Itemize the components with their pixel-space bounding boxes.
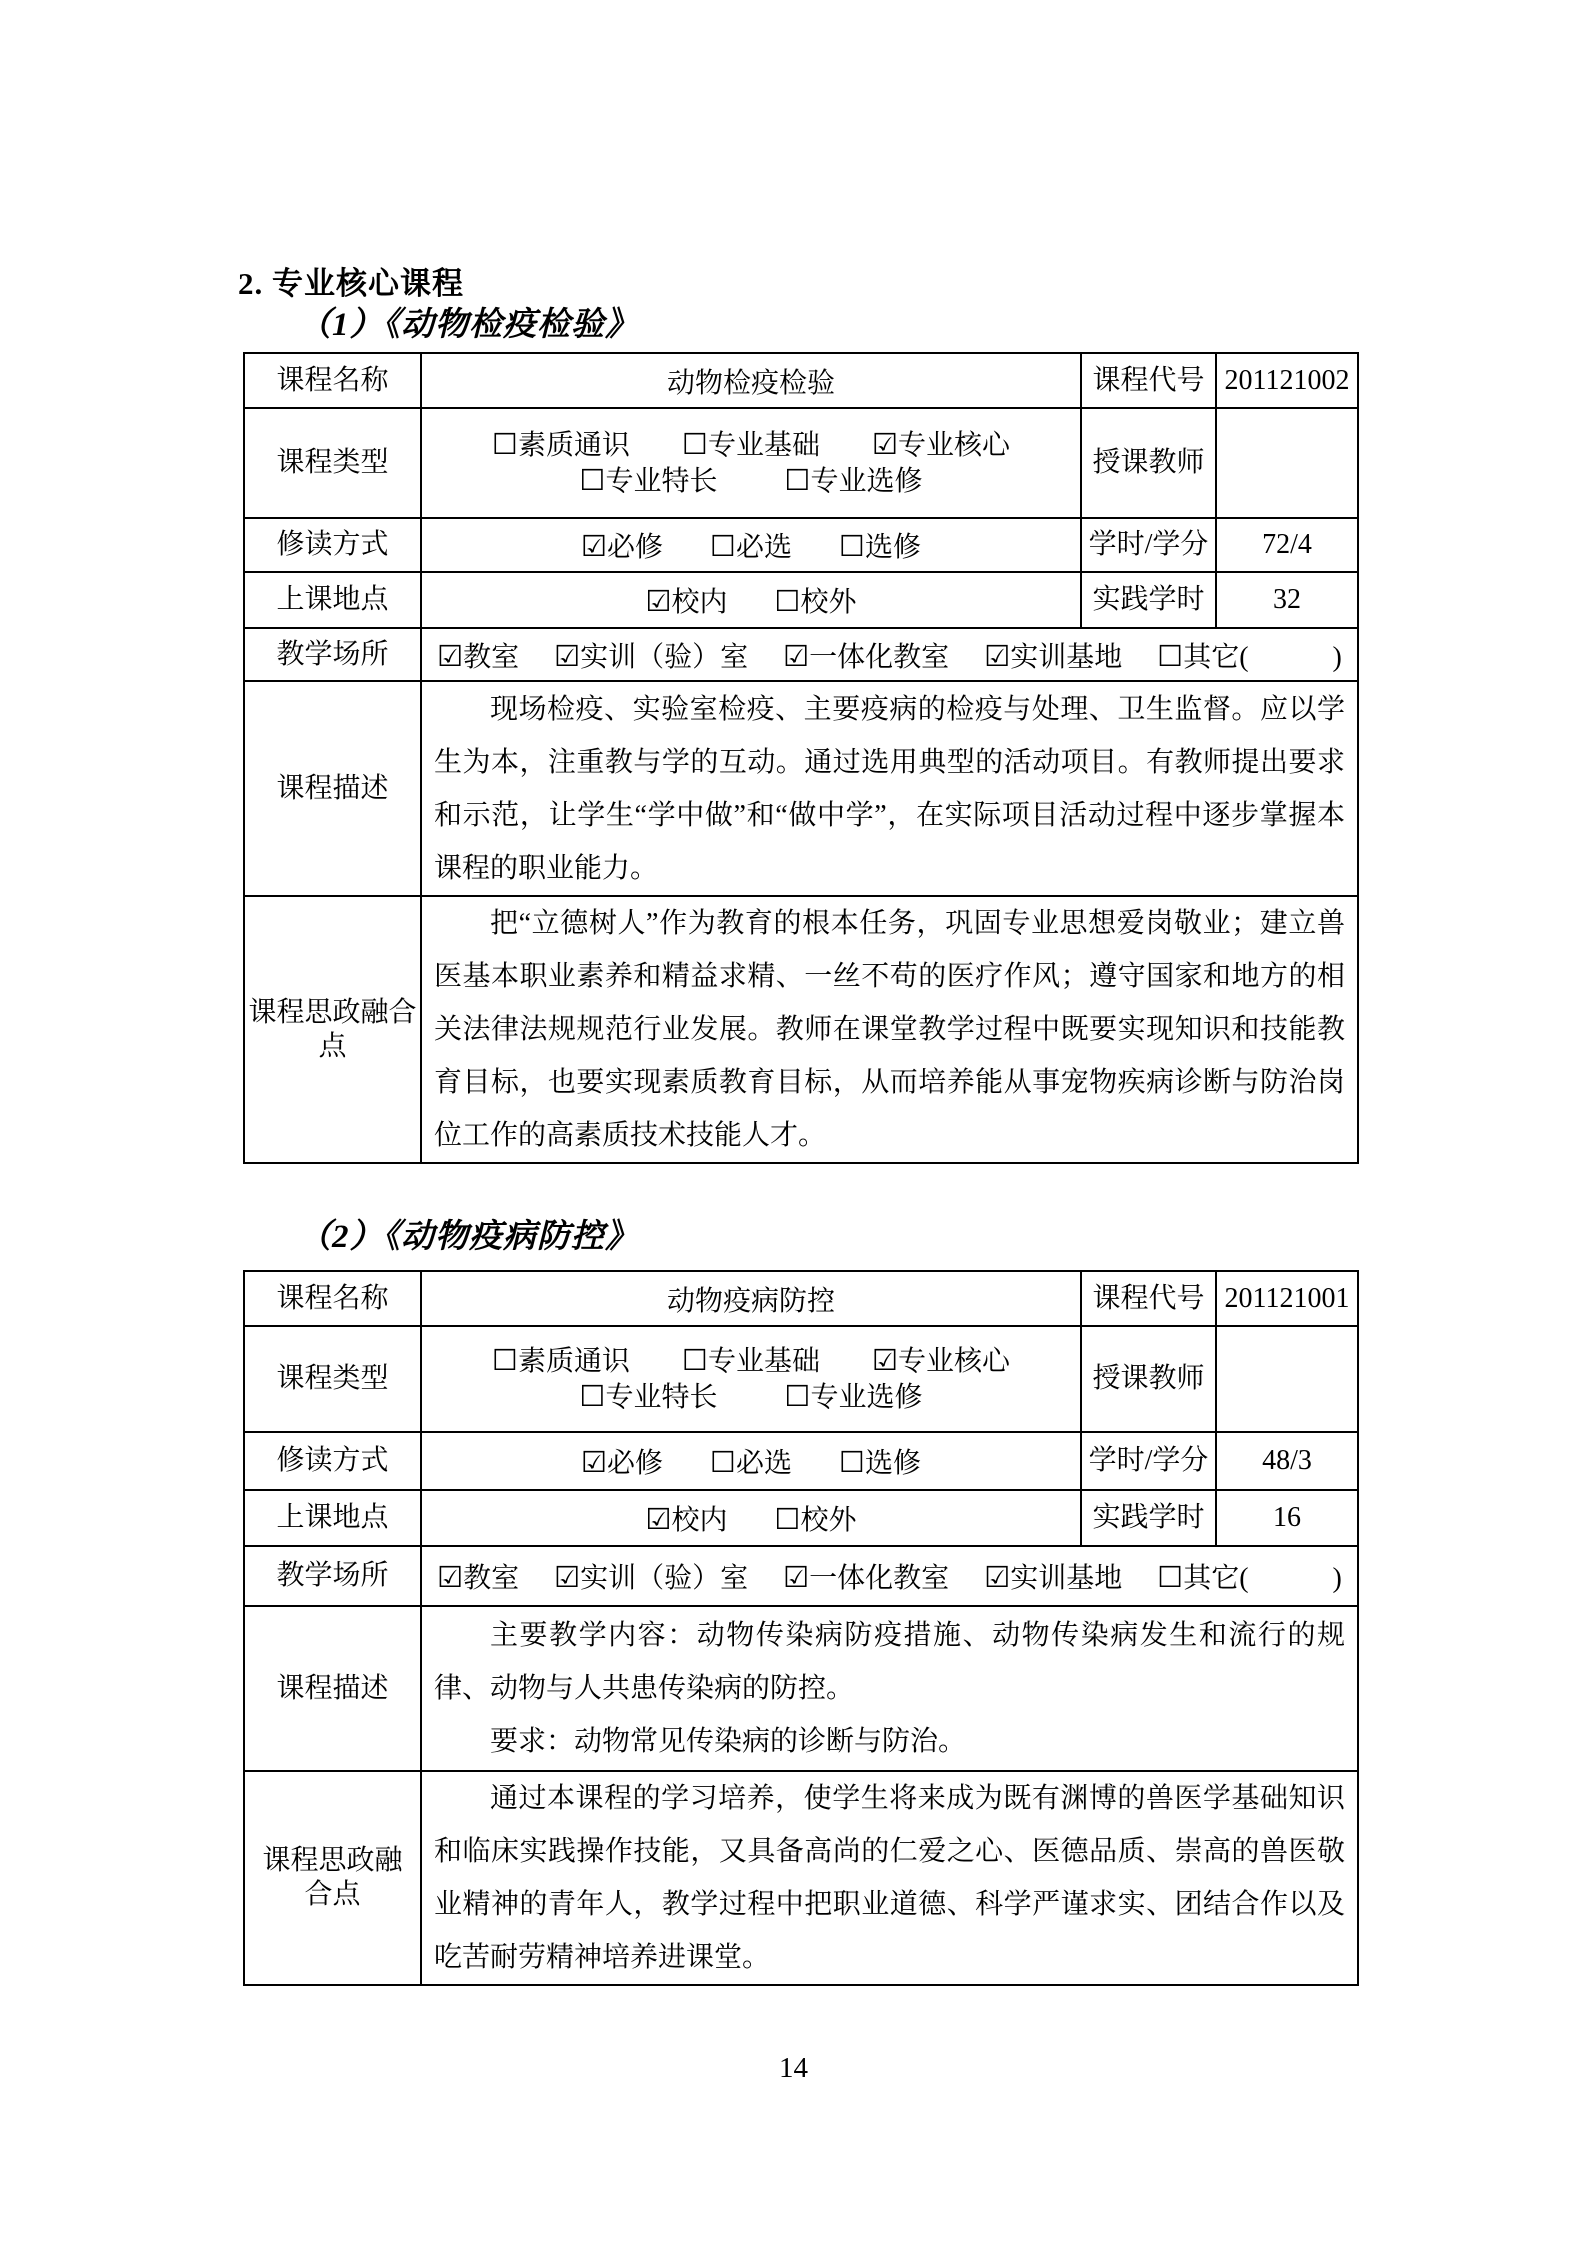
table-row: 课程描述 主要教学内容：动物传染病防疫措施、动物传染病发生和流行的规律、动物与人… <box>244 1606 1358 1771</box>
checkbox-unchecked-icon: ☐ <box>579 1379 605 1413</box>
course-type-line-1: ☐素质通识 ☐专业基础 ☑专业核心 <box>422 1343 1080 1379</box>
table-row: 教学场所 ☑教室 ☑实训（验）室 ☑一体化教室 ☑实训基地 ☐其它( ) <box>244 1546 1358 1606</box>
checkbox-option: ☐专业基础 <box>682 427 820 463</box>
checkbox-checked-icon: ☑ <box>437 1560 463 1594</box>
ideology-label: 课程思政融合 点 <box>244 896 421 1163</box>
checkbox-option: ☑实训基地 <box>984 1556 1122 1596</box>
checkbox-unchecked-icon: ☐ <box>785 1379 811 1413</box>
course-type-line-2: ☐专业特长 ☐专业选修 <box>422 463 1080 499</box>
table-row: 上课地点 ☑校内 ☐校外 实践学时 16 <box>244 1490 1358 1546</box>
checkbox-unchecked-icon: ☐ <box>775 1502 801 1536</box>
course-description-text: 主要教学内容：动物传染病防疫措施、动物传染病发生和流行的规律、动物与人共患传染病… <box>421 1606 1358 1771</box>
course-name-label: 课程名称 <box>244 353 421 408</box>
checkbox-option: ☐选修 <box>839 525 921 565</box>
course-name-label: 课程名称 <box>244 1271 421 1326</box>
table-row: 课程思政融合 点 把“立德树人”作为教育的根本任务，巩固专业思想爱岗敬业；建立兽… <box>244 896 1358 1163</box>
course-code-value: 201121001 <box>1216 1271 1358 1326</box>
checkbox-option: ☑实训（验）室 <box>554 1556 748 1596</box>
checkbox-option: ☑必修 <box>581 1441 663 1481</box>
checkbox-option: ☐其它( ) <box>1157 1556 1342 1596</box>
ideology-label-line1: 课程思政融 <box>245 1844 420 1878</box>
ideology-label-line2: 合点 <box>245 1878 420 1912</box>
checkbox-unchecked-icon: ☐ <box>1157 1560 1183 1594</box>
checkbox-option: ☑教室 <box>437 635 519 675</box>
class-location-options: ☑校内 ☐校外 <box>421 572 1081 628</box>
checkbox-unchecked-icon: ☐ <box>710 1445 736 1479</box>
table-row: 课程思政融 合点 通过本课程的学习培养，使学生将来成为既有渊博的兽医学基础知识和… <box>244 1771 1358 1985</box>
course-type-label: 课程类型 <box>244 1326 421 1432</box>
study-mode-label: 修读方式 <box>244 1432 421 1490</box>
course-description-label: 课程描述 <box>244 1606 421 1771</box>
checkbox-unchecked-icon: ☐ <box>839 529 865 563</box>
checkbox-checked-icon: ☑ <box>554 639 580 673</box>
class-location-label: 上课地点 <box>244 1490 421 1546</box>
checkbox-option: ☐校外 <box>775 580 857 620</box>
hours-credits-value: 72/4 <box>1216 518 1358 572</box>
checkbox-option: ☐专业选修 <box>785 1379 923 1415</box>
course-type-options: ☐素质通识 ☐专业基础 ☑专业核心 ☐专业特长 ☐专业选修 <box>421 1326 1081 1432</box>
checkbox-option: ☐其它( ) <box>1157 635 1342 675</box>
ideology-paragraph: 通过本课程的学习培养，使学生将来成为既有渊博的兽医学基础知识和临床实践操作技能，… <box>434 1772 1345 1984</box>
checkbox-checked-icon: ☑ <box>581 1445 607 1479</box>
hours-credits-value: 48/3 <box>1216 1432 1358 1490</box>
checkbox-unchecked-icon: ☐ <box>492 427 518 461</box>
checkbox-option: ☐专业特长 <box>579 1379 717 1415</box>
checkbox-unchecked-icon: ☐ <box>682 1343 708 1377</box>
course-type-line-2: ☐专业特长 ☐专业选修 <box>422 1379 1080 1415</box>
table-row: 课程名称 动物检疫检验 课程代号 201121002 <box>244 353 1358 408</box>
teacher-label: 授课教师 <box>1081 408 1216 518</box>
checkbox-option: ☐校外 <box>775 1498 857 1538</box>
teaching-place-label: 教学场所 <box>244 628 421 681</box>
checkbox-option: ☑教室 <box>437 1556 519 1596</box>
checkbox-option: ☐专业特长 <box>579 463 717 499</box>
ideology-text: 把“立德树人”作为教育的根本任务，巩固专业思想爱岗敬业；建立兽医基本职业素养和精… <box>421 896 1358 1163</box>
course-title-1: （1）《动物检疫检验》 <box>298 298 639 345</box>
study-mode-options: ☑必修 ☐必选 ☐选修 <box>421 1432 1081 1490</box>
checkbox-checked-icon: ☑ <box>554 1560 580 1594</box>
practice-hours-label: 实践学时 <box>1081 572 1216 628</box>
checkbox-checked-icon: ☑ <box>872 427 898 461</box>
table-row: 课程描述 现场检疫、实验室检疫、主要疫病的检疫与处理、卫生监督。应以学生为本，注… <box>244 681 1358 896</box>
checkbox-option: ☑必修 <box>581 525 663 565</box>
checkbox-checked-icon: ☑ <box>645 584 671 618</box>
course-code-label: 课程代号 <box>1081 353 1216 408</box>
checkbox-option: ☐选修 <box>839 1441 921 1481</box>
checkbox-unchecked-icon: ☐ <box>785 463 811 497</box>
checkbox-option: ☐专业选修 <box>785 463 923 499</box>
checkbox-option: ☑校内 <box>645 580 727 620</box>
checkbox-checked-icon: ☑ <box>984 639 1010 673</box>
table-row: 课程类型 ☐素质通识 ☐专业基础 ☑专业核心 ☐专业特长 ☐专业选修 授课教师 <box>244 408 1358 518</box>
hours-credits-label: 学时/学分 <box>1081 1432 1216 1490</box>
study-mode-options: ☑必修 ☐必选 ☐选修 <box>421 518 1081 572</box>
course-type-label: 课程类型 <box>244 408 421 518</box>
study-mode-label: 修读方式 <box>244 518 421 572</box>
teaching-place-options: ☑教室 ☑实训（验）室 ☑一体化教室 ☑实训基地 ☐其它( ) <box>421 1546 1358 1606</box>
table-row: 修读方式 ☑必修 ☐必选 ☐选修 学时/学分 48/3 <box>244 1432 1358 1490</box>
course-table-2: 课程名称 动物疫病防控 课程代号 201121001 课程类型 ☐素质通识 ☐专… <box>243 1270 1359 1986</box>
course-title-2: （2）《动物疫病防控》 <box>298 1210 639 1257</box>
table-row: 修读方式 ☑必修 ☐必选 ☐选修 学时/学分 72/4 <box>244 518 1358 572</box>
checkbox-option: ☐素质通识 <box>492 1343 630 1379</box>
checkbox-option: ☑一体化教室 <box>783 635 949 675</box>
checkbox-unchecked-icon: ☐ <box>839 1445 865 1479</box>
course-type-options: ☐素质通识 ☐专业基础 ☑专业核心 ☐专业特长 ☐专业选修 <box>421 408 1081 518</box>
description-paragraph: 主要教学内容：动物传染病防疫措施、动物传染病发生和流行的规律、动物与人共患传染病… <box>434 1609 1345 1715</box>
course-description-text: 现场检疫、实验室检疫、主要疫病的检疫与处理、卫生监督。应以学生为本，注重教与学的… <box>421 681 1358 896</box>
checkbox-option: ☑校内 <box>645 1498 727 1538</box>
checkbox-unchecked-icon: ☐ <box>579 463 605 497</box>
checkbox-unchecked-icon: ☐ <box>1157 639 1183 673</box>
checkbox-option: ☑一体化教室 <box>783 1556 949 1596</box>
checkbox-checked-icon: ☑ <box>783 639 809 673</box>
checkbox-checked-icon: ☑ <box>437 639 463 673</box>
table-row: 教学场所 ☑教室 ☑实训（验）室 ☑一体化教室 ☑实训基地 ☐其它( ) <box>244 628 1358 681</box>
table-row: 上课地点 ☑校内 ☐校外 实践学时 32 <box>244 572 1358 628</box>
checkbox-checked-icon: ☑ <box>984 1560 1010 1594</box>
course-code-value: 201121002 <box>1216 353 1358 408</box>
ideology-label-line1: 课程思政融合 <box>245 996 420 1030</box>
checkbox-option: ☐必选 <box>710 1441 792 1481</box>
course-name-value: 动物疫病防控 <box>421 1271 1081 1326</box>
ideology-label-line2: 点 <box>245 1030 420 1064</box>
course-description-label: 课程描述 <box>244 681 421 896</box>
practice-hours-value: 32 <box>1216 572 1358 628</box>
teaching-place-options: ☑教室 ☑实训（验）室 ☑一体化教室 ☑实训基地 ☐其它( ) <box>421 628 1358 681</box>
course-name-value: 动物检疫检验 <box>421 353 1081 408</box>
checkbox-checked-icon: ☑ <box>783 1560 809 1594</box>
table-row: 课程类型 ☐素质通识 ☐专业基础 ☑专业核心 ☐专业特长 ☐专业选修 授课教师 <box>244 1326 1358 1432</box>
description-paragraph: 要求：动物常见传染病的诊断与防治。 <box>434 1715 1345 1768</box>
class-location-options: ☑校内 ☐校外 <box>421 1490 1081 1546</box>
checkbox-unchecked-icon: ☐ <box>775 584 801 618</box>
checkbox-option: ☐必选 <box>710 525 792 565</box>
checkbox-option: ☑实训（验）室 <box>554 635 748 675</box>
ideology-label: 课程思政融 合点 <box>244 1771 421 1985</box>
table-row: 课程名称 动物疫病防控 课程代号 201121001 <box>244 1271 1358 1326</box>
checkbox-unchecked-icon: ☐ <box>710 529 736 563</box>
teacher-label: 授课教师 <box>1081 1326 1216 1432</box>
checkbox-checked-icon: ☑ <box>581 529 607 563</box>
checkbox-option: ☐专业基础 <box>682 1343 820 1379</box>
checkbox-option: ☑专业核心 <box>872 427 1010 463</box>
course-table-1: 课程名称 动物检疫检验 课程代号 201121002 课程类型 ☐素质通识 ☐专… <box>243 352 1359 1164</box>
teaching-place-label: 教学场所 <box>244 1546 421 1606</box>
ideology-paragraph: 把“立德树人”作为教育的根本任务，巩固专业思想爱岗敬业；建立兽医基本职业素养和精… <box>434 897 1345 1162</box>
teacher-value <box>1216 1326 1358 1432</box>
checkbox-unchecked-icon: ☐ <box>682 427 708 461</box>
teacher-value <box>1216 408 1358 518</box>
practice-hours-label: 实践学时 <box>1081 1490 1216 1546</box>
description-paragraph: 现场检疫、实验室检疫、主要疫病的检疫与处理、卫生监督。应以学生为本，注重教与学的… <box>434 683 1345 895</box>
course-code-label: 课程代号 <box>1081 1271 1216 1326</box>
checkbox-option: ☑实训基地 <box>984 635 1122 675</box>
hours-credits-label: 学时/学分 <box>1081 518 1216 572</box>
course-type-line-1: ☐素质通识 ☐专业基础 ☑专业核心 <box>422 427 1080 463</box>
checkbox-option: ☐素质通识 <box>492 427 630 463</box>
practice-hours-value: 16 <box>1216 1490 1358 1546</box>
checkbox-unchecked-icon: ☐ <box>492 1343 518 1377</box>
checkbox-checked-icon: ☑ <box>645 1502 671 1536</box>
ideology-text: 通过本课程的学习培养，使学生将来成为既有渊博的兽医学基础知识和临床实践操作技能，… <box>421 1771 1358 1985</box>
checkbox-checked-icon: ☑ <box>872 1343 898 1377</box>
page-number: 14 <box>0 2052 1587 2085</box>
checkbox-option: ☑专业核心 <box>872 1343 1010 1379</box>
class-location-label: 上课地点 <box>244 572 421 628</box>
section-heading: 2. 专业核心课程 <box>238 258 464 303</box>
